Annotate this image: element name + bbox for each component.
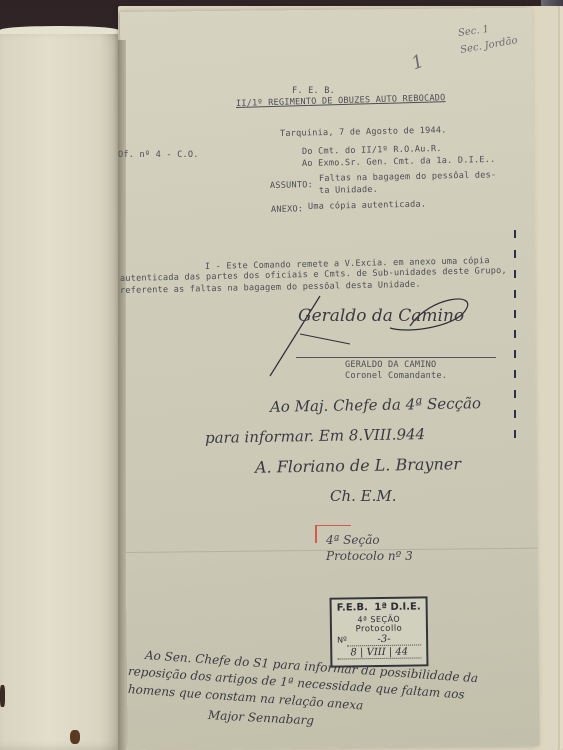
dispatch1-line4: Ch. E.M. xyxy=(330,487,397,505)
stain xyxy=(70,730,80,744)
margin-tick-marks xyxy=(514,230,516,450)
signer-name: GERALDO DA CAMINO xyxy=(345,360,436,370)
stamp-org: F.E.B. xyxy=(337,602,368,613)
subject-line2: ta Unidade. xyxy=(319,185,378,196)
left-facing-page xyxy=(0,30,124,750)
dispatch1-line1: Ao Maj. Chefe da 4ª Secção xyxy=(270,394,481,416)
section-note-line1: 4ª Seção xyxy=(326,533,380,547)
book-gutter xyxy=(118,40,126,750)
dispatch1-line3: A. Floriano de L. Brayner xyxy=(255,454,461,477)
signature-line xyxy=(296,357,496,358)
handwritten-signature: Geraldo da Camino xyxy=(298,306,464,326)
stamp-number: -3- xyxy=(347,633,421,646)
stamp-division: 1ª D.I.E. xyxy=(374,601,420,613)
header-org: F. E. B. xyxy=(292,86,335,96)
stain xyxy=(0,685,5,707)
dispatch1-line2: para informar. Em 8.VIII.944 xyxy=(205,425,425,447)
signer-title: Coronel Comandante. xyxy=(345,371,447,381)
reference-number: Of. nº 4 - C.O. xyxy=(118,150,199,160)
protocol-stamp: F.E.B. 1ª D.I.E. 4ª SEÇÃO Protocollo Nº … xyxy=(330,596,429,667)
subject-label: ASSUNTO: xyxy=(270,180,313,191)
annex-label: ANEXO: xyxy=(271,204,303,215)
stamp-date: 8 | VIII | 44 xyxy=(337,646,421,659)
section-note-line2: Protocolo nº 3 xyxy=(326,549,413,563)
stamp-number-label: Nº xyxy=(337,635,347,644)
